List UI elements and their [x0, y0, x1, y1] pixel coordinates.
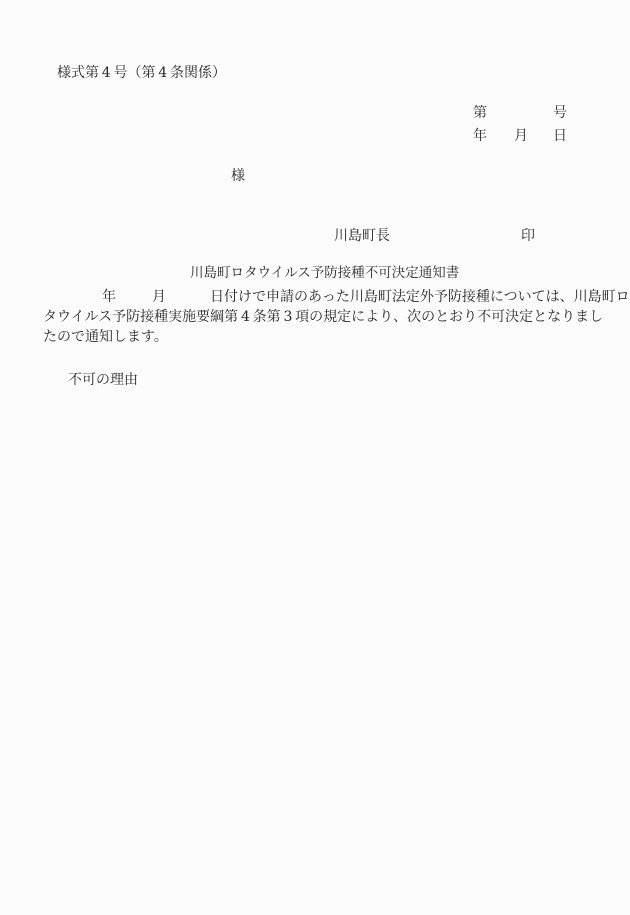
body-line-3: たので通知します。: [43, 327, 618, 347]
date-year-label: 年: [473, 126, 487, 146]
body-line-1: 年月日付けで申請のあった川島町法定外予防接種については、川島町ロ: [43, 287, 618, 307]
reason-heading: 不可の理由: [68, 370, 138, 390]
seal-placeholder-label: 印: [521, 226, 535, 246]
document-number-prefix-label: 第: [473, 103, 487, 123]
issuer-title-label: 川島町長: [334, 226, 390, 246]
date-day-blank: [166, 300, 210, 301]
document-title: 川島町ロタウイルス予防接種不可決定通知書: [190, 263, 459, 283]
addressee-honorific-label: 様: [231, 166, 245, 186]
form-number-label: 様式第 4 号（第 4 条関係）: [57, 63, 226, 83]
body-line-1-text: 日付けで申請のあった川島町法定外予防接種については、川島町ロ: [210, 289, 630, 305]
body-line-2: タウイルス予防接種実施要綱第 4 条第 3 項の規定により、次のとおり不可決定と…: [43, 307, 618, 327]
body-paragraph: 年月日付けで申請のあった川島町法定外予防接種については、川島町ロ タウイルス予防…: [43, 287, 618, 347]
body-date-year-label: 年: [102, 289, 116, 305]
document-number-suffix-label: 号: [553, 103, 567, 123]
document-page: 様式第 4 号（第 4 条関係） 第 号 年 月 日 様 川島町長 印 川島町ロ…: [0, 0, 630, 915]
date-month-label: 月: [514, 126, 528, 146]
body-date-month-label: 月: [152, 289, 166, 305]
date-month-blank: [116, 300, 152, 301]
date-year-blank: [43, 300, 102, 301]
date-day-label: 日: [553, 126, 567, 146]
